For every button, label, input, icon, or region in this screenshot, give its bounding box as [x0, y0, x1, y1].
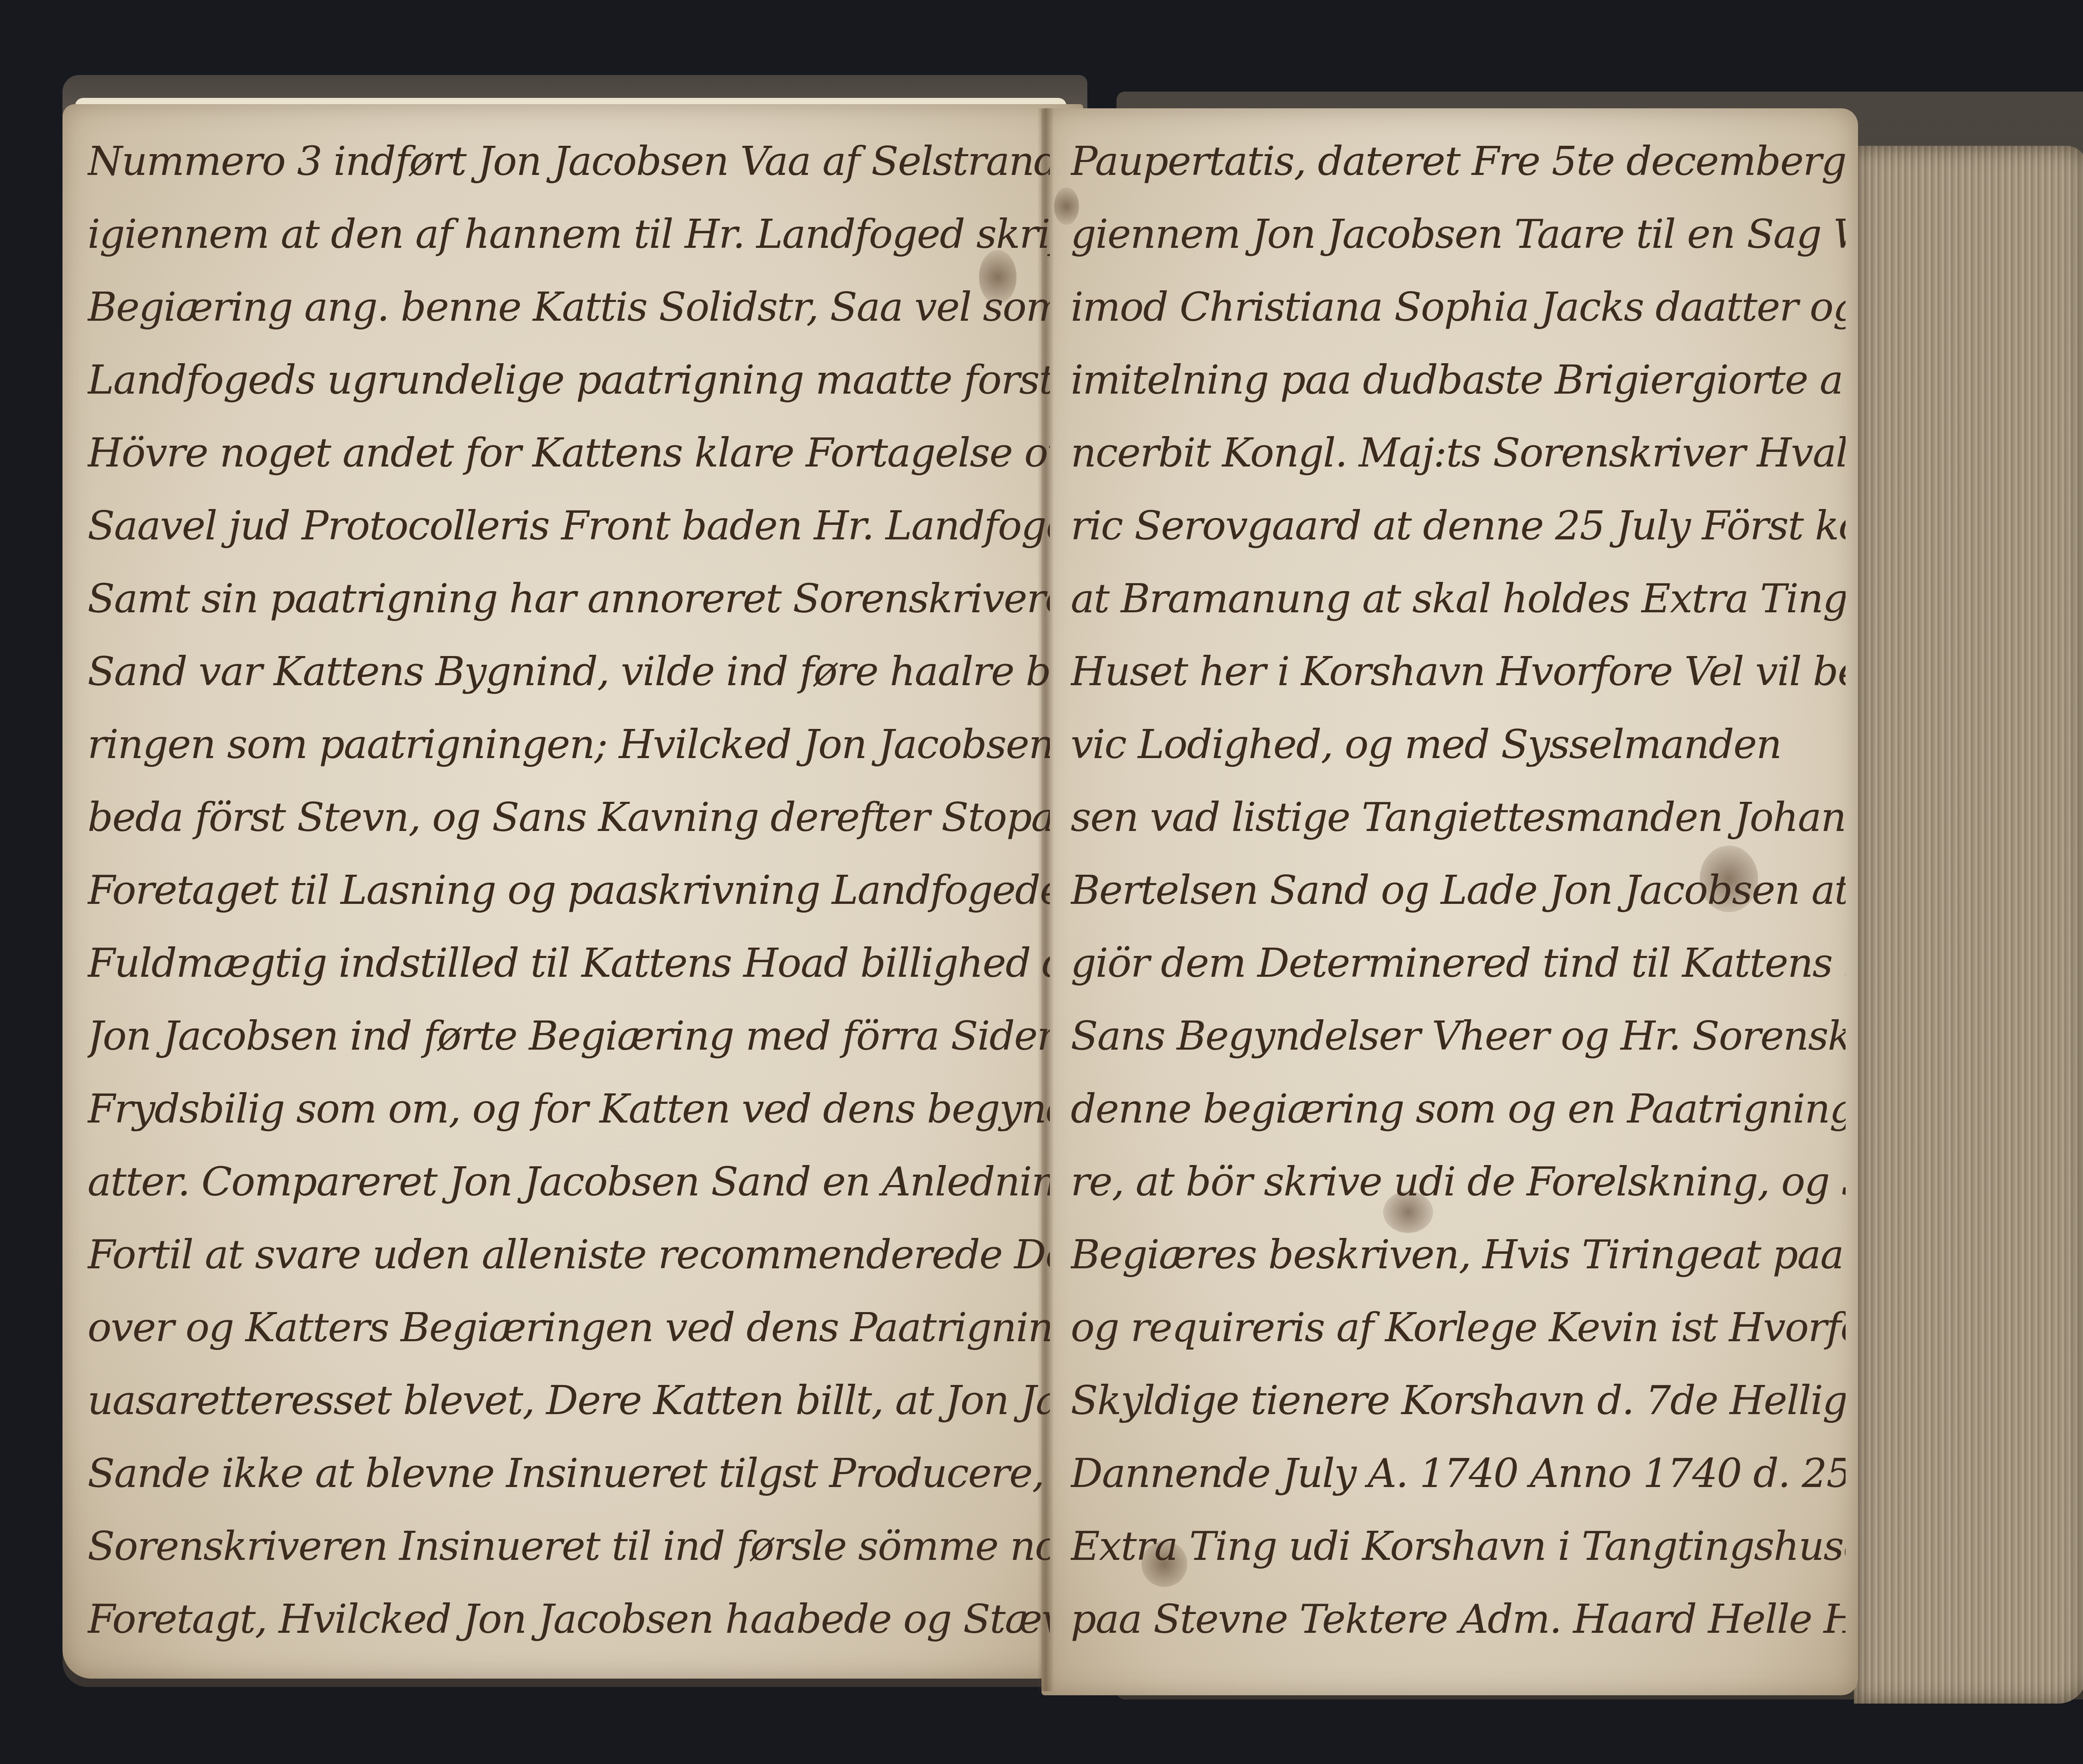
manuscript-line: Hövre noget andet for Kattens klare Fort…: [87, 417, 1050, 489]
manuscript-line: sen vad listige Tangiettesmanden Johanne…: [1071, 781, 1846, 854]
manuscript-line: at Bramanung at skal holdes Extra Ting u…: [1071, 562, 1846, 635]
manuscript-line: over og Katters Begiæringen ved dens Paa…: [87, 1291, 1050, 1364]
manuscript-line: Foretagt, Hvilcked Jon Jacobsen haabede …: [87, 1583, 1050, 1645]
manuscript-line: giennem Jon Jacobsen Taare til en Sag We…: [1071, 198, 1846, 271]
manuscript-line: Fuldmægtig indstilled til Kattens Hoad b…: [87, 927, 1050, 1000]
manuscript-line: Landfogeds ugrundelige paatrigning maatt…: [87, 344, 1050, 417]
manuscript-line: Sorenskriveren Insinueret til ind førsle…: [87, 1510, 1050, 1583]
manuscript-line: igiennem at den af hannem til Hr. Landfo…: [87, 198, 1050, 271]
manuscript-line: vic Lodighed, og med Sysselmanden: [1071, 708, 1846, 781]
fore-edge-page-block: [1854, 146, 2083, 1704]
manuscript-line: Jon Jacobsen ind førte Begiæring med för…: [87, 1000, 1050, 1073]
manuscript-line: Foretaget til Lasning og paaskrivning La…: [87, 854, 1050, 927]
right-page-text: Paupertatis, dateret Fre 5te decemberg a…: [1071, 125, 1846, 1666]
manuscript-line: giör dem Determinered tind til Kattens S…: [1071, 927, 1846, 1000]
manuscript-line: re, at bör skrive udi de Forelskning, og…: [1071, 1145, 1846, 1218]
manuscript-line: imod Christiana Sophia Jacks daatter og …: [1071, 271, 1846, 344]
manuscript-line: Frydsbilig som om, og for Katten ved den…: [87, 1073, 1050, 1145]
manuscript-line: Sande ikke at blevne Insinueret tilgst P…: [87, 1437, 1050, 1510]
manuscript-book: Nummero 3 indført Jon Jacobsen Vaa af Se…: [50, 62, 2083, 1712]
manuscript-line: ncerbit Kongl. Maj:ts Sorenskriver Hvalv…: [1071, 417, 1846, 489]
left-page-text: Nummero 3 indført Jon Jacobsen Vaa af Se…: [87, 125, 1050, 1645]
manuscript-line: imitelning paa dudbaste Brigiergiorte an…: [1071, 344, 1846, 417]
manuscript-line: Paupertatis, dateret Fre 5te decemberg a…: [1071, 125, 1846, 198]
manuscript-line: Samt sin paatrigning har annoreret Soren…: [87, 562, 1050, 635]
manuscript-line: Dannende July A. 1740 Anno 1740 d. 25 Ju…: [1071, 1437, 1846, 1510]
manuscript-line: Sans Begyndelser Vheer og Hr. Sorenskriv…: [1071, 1000, 1846, 1073]
manuscript-line: Fortil at svare uden alleniste recommend…: [87, 1218, 1050, 1291]
manuscript-line: og requireris af Korlege Kevin ist Hvorf…: [1071, 1291, 1846, 1364]
manuscript-line: ringen som paatrigningen; Hvilcked Jon J…: [87, 708, 1050, 781]
manuscript-line: Nummero 3 indført Jon Jacobsen Vaa af Se…: [87, 125, 1050, 198]
manuscript-line: Extra Ting udi Korshavn i Tangtingshuset…: [1071, 1510, 1846, 1583]
manuscript-line: ric Serovgaard at denne 25 July Först ko…: [1071, 489, 1846, 562]
manuscript-line: Saavel jud Protocolleris Front baden Hr.…: [87, 489, 1050, 562]
manuscript-line: beda först Stevn, og Sans Kavning dereft…: [87, 781, 1050, 854]
manuscript-line: atter. Compareret Jon Jacobsen Sand en A…: [87, 1145, 1050, 1218]
manuscript-line: denne begiæring som og en Paatrigning in…: [1071, 1073, 1846, 1145]
manuscript-line: paa Stevne Tektere Adm. Haard Helle Hvor…: [1071, 1583, 1846, 1656]
manuscript-line: Skyldige tienere Korshavn d. 7de Hellige…: [1071, 1364, 1846, 1437]
manuscript-line: Sand var Kattens Bygnind, vilde ind føre…: [87, 635, 1050, 708]
manuscript-line: uasaretteresset blevet, Dere Katten bill…: [87, 1364, 1050, 1437]
manuscript-line: Begiæring ang. benne Kattis Solidstr, Sa…: [87, 271, 1050, 344]
manuscript-line: Begiæres beskriven, Hvis Tiringeat paa m…: [1071, 1218, 1846, 1291]
manuscript-line: Huset her i Korshavn Hvorfore Vel vil be…: [1071, 635, 1846, 708]
manuscript-line: Bertelsen Sand og Lade Jon Jacobsen at m…: [1071, 854, 1846, 927]
